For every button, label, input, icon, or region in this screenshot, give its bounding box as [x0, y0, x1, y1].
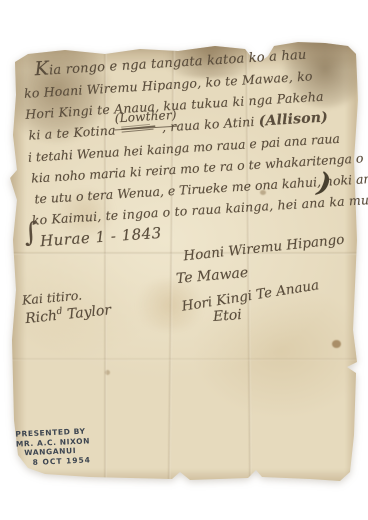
- parenthetical-allison: (Allison): [258, 109, 328, 129]
- body-line4-pre: ki a te Kotina: [28, 122, 116, 142]
- letter-body: Kia rongo e nga tangata katoa ko a hau k…: [22, 39, 368, 230]
- bottom-edge-stain: [10, 469, 358, 485]
- ink-spot: [332, 340, 341, 348]
- presentation-annotation: PRESENTED BY MR. A.C. NIXON WANGANUI 8 O…: [15, 426, 91, 467]
- horizontal-fold-crease: [10, 358, 358, 361]
- pen-flourish-mark: ∫: [22, 217, 39, 248]
- photograph-of-letter: Kia rongo e nga tangata katoa ko a hau k…: [0, 0, 368, 520]
- signature-etoi: Etoi: [212, 307, 242, 325]
- witness-name-pre: Rich: [24, 308, 57, 327]
- left-edge-stain: [10, 40, 26, 485]
- struck-out-word-scribble: [121, 122, 156, 134]
